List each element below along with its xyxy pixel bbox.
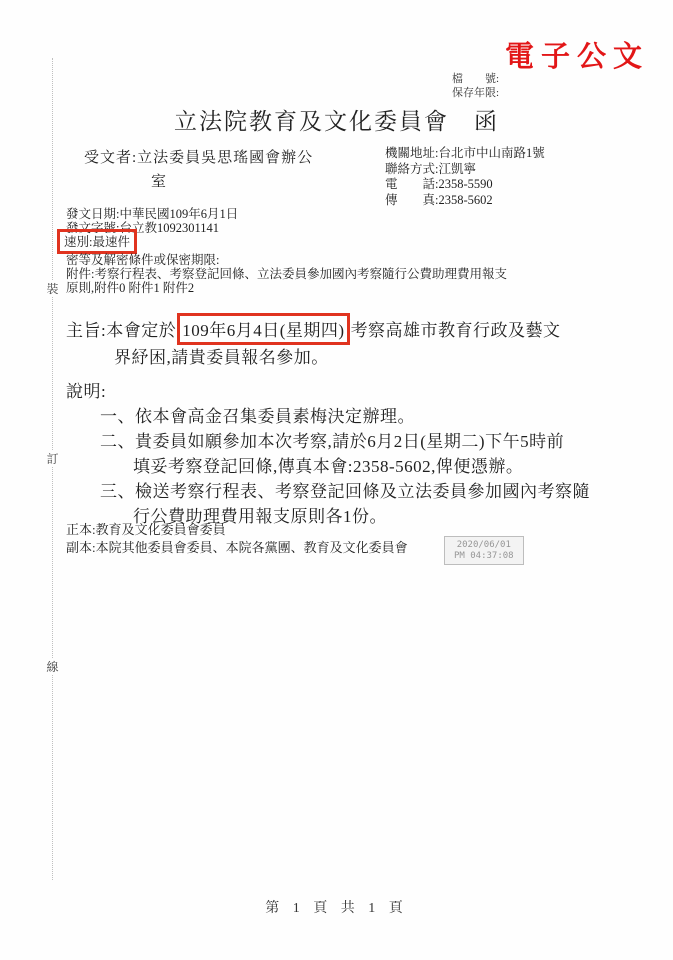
description-item2-line2: 填妥考察登記回條,傳真本會:2358-5602,俾便憑辦。 bbox=[133, 452, 523, 477]
description-item2-line1: 二、貴委員如願參加本次考察,請於6月2日(星期二)下午5時前 bbox=[100, 427, 564, 452]
description-item3-line1: 三、檢送考察行程表、考察登記回條及立法委員參加國內考察隨 bbox=[100, 477, 590, 502]
archive-number-label: 檔 號: bbox=[452, 72, 499, 86]
agency-phone: 電 話:2358-5590 bbox=[385, 177, 545, 193]
document-title: 立法院教育及文化委員會 函 bbox=[0, 103, 673, 136]
recipient-line1: 受文者:立法委員吳思瑤國會辦公 bbox=[84, 146, 313, 167]
agency-contact-block: 機關地址:台北市中山南路1號 聯絡方式:江凱寧 電 話:2358-5590 傳 … bbox=[385, 146, 545, 208]
electronic-exchange-timestamp-stamp: 2020/06/01 PM 04:37:08 bbox=[444, 536, 524, 565]
stamp-date: 2020/06/01 bbox=[454, 540, 514, 551]
archive-block: 檔 號: 保存年限: bbox=[452, 72, 499, 100]
stamp-time: PM 04:37:08 bbox=[454, 551, 514, 562]
cc-copy-line: 副本:本院其他委員會委員、本院各黨團、教育及文化委員會 bbox=[66, 537, 408, 556]
agency-address: 機關地址:台北市中山南路1號 bbox=[385, 146, 545, 162]
subject-date-highlight-box: 109年6月4日(星期四) bbox=[177, 313, 349, 345]
document-page: 裝 訂 線 電子公文 檔 號: 保存年限: 立法院教育及文化委員會 函 受文者:… bbox=[0, 0, 673, 960]
agency-fax: 傳 真:2358-5602 bbox=[385, 193, 545, 209]
binding-char-xian: 線 bbox=[45, 658, 60, 675]
electronic-document-watermark: 電子公文 bbox=[505, 34, 649, 75]
binding-char-ding: 訂 bbox=[45, 450, 60, 467]
page-number-footer: 第 1 頁 共 1 頁 bbox=[0, 897, 673, 917]
description-heading: 說明: bbox=[66, 377, 106, 402]
subject-line1: 主旨:本會定於109年6月4日(星期四)考察高雄市教育行政及藝文 bbox=[66, 313, 561, 345]
description-item1: 一、依本會高金召集委員素梅決定辦理。 bbox=[100, 402, 415, 427]
subject-line2: 界紓困,請貴委員報名參加。 bbox=[114, 343, 329, 368]
subject-suffix: 考察高雄市教育行政及藝文 bbox=[351, 321, 561, 340]
attachment-line2: 原則,附件0 附件1 附件2 bbox=[66, 278, 194, 296]
agency-contact-person: 聯絡方式:江凱寧 bbox=[385, 162, 545, 178]
retention-period-label: 保存年限: bbox=[452, 86, 499, 100]
original-copy-line: 正本:教育及文化委員會委員 bbox=[66, 519, 226, 538]
binding-dotted-line bbox=[52, 58, 53, 880]
subject-prefix: 主旨:本會定於 bbox=[66, 321, 176, 340]
recipient-line2: 室 bbox=[151, 170, 167, 191]
binding-char-zhuang: 裝 bbox=[45, 280, 60, 297]
